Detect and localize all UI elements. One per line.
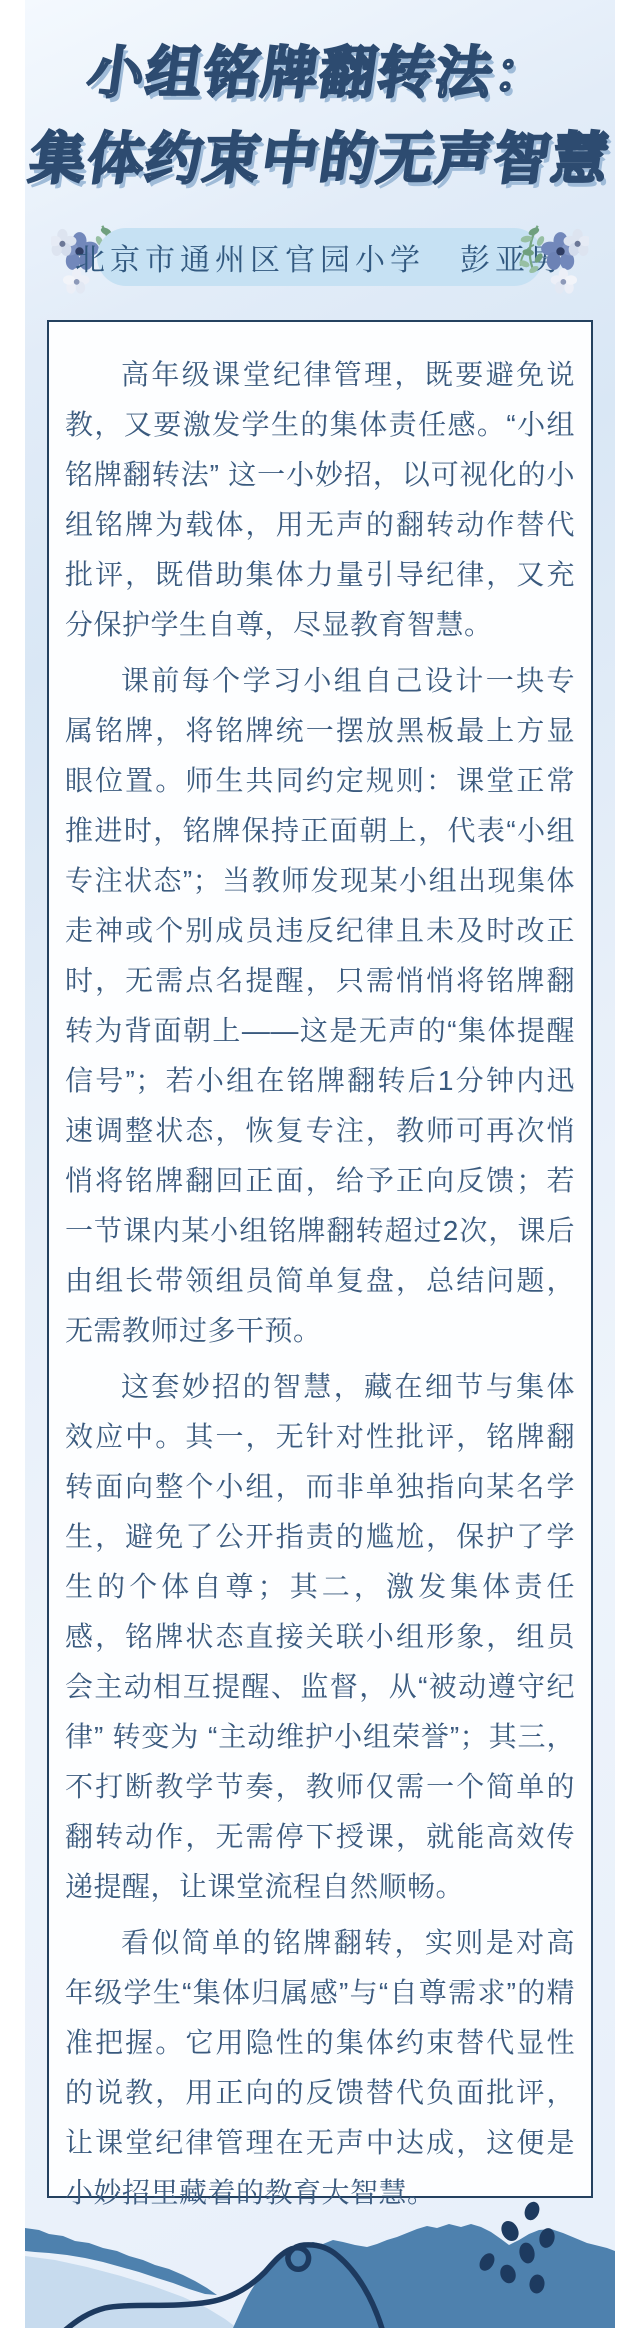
bottom-decoration-svg	[25, 2200, 615, 2328]
article-card: 高年级课堂纪律管理，既要避免说教，又要激发学生的集体责任感。“小组铭牌翻转法” …	[47, 320, 593, 2198]
author-badge: 北京市通州区官园小学 彭亚男	[97, 228, 543, 286]
title-line-1: 小组铭牌翻转法：	[21, 44, 619, 102]
flower-white	[551, 269, 577, 294]
byline-row: 北京市通州区官园小学 彭亚男	[25, 222, 615, 306]
title-line-2: 集体约束中的无声智慧	[21, 130, 619, 188]
poster-content: 小组铭牌翻转法： 集体约束中的无声智慧	[25, 0, 615, 2328]
paragraph-2: 课前每个学习小组自己设计一块专属铭牌，将铭牌统一摆放黑板最上方显眼位置。师生共同…	[65, 656, 575, 1356]
author-text: 北京市通州区官园小学 彭亚男	[75, 235, 565, 279]
paragraph-3: 这套妙招的智慧，藏在细节与集体效应中。其一，无针对性批评，铭牌翻转面向整个小组，…	[65, 1362, 575, 1912]
page-title: 小组铭牌翻转法： 集体约束中的无声智慧	[25, 44, 615, 188]
wave-right-shape	[233, 2224, 615, 2328]
bottom-decoration	[25, 2200, 615, 2328]
paragraph-1: 高年级课堂纪律管理，既要避免说教，又要激发学生的集体责任感。“小组铭牌翻转法” …	[65, 350, 575, 650]
flower-cluster-icon-right	[513, 218, 589, 302]
poster-header: 小组铭牌翻转法： 集体约束中的无声智慧	[25, 0, 615, 306]
paragraph-4: 看似简单的铭牌翻转，实则是对高年级学生“集体归属感”与“自尊需求”的精准把握。它…	[65, 1918, 575, 2218]
poster-page: 小组铭牌翻转法： 集体约束中的无声智慧	[0, 0, 640, 2328]
